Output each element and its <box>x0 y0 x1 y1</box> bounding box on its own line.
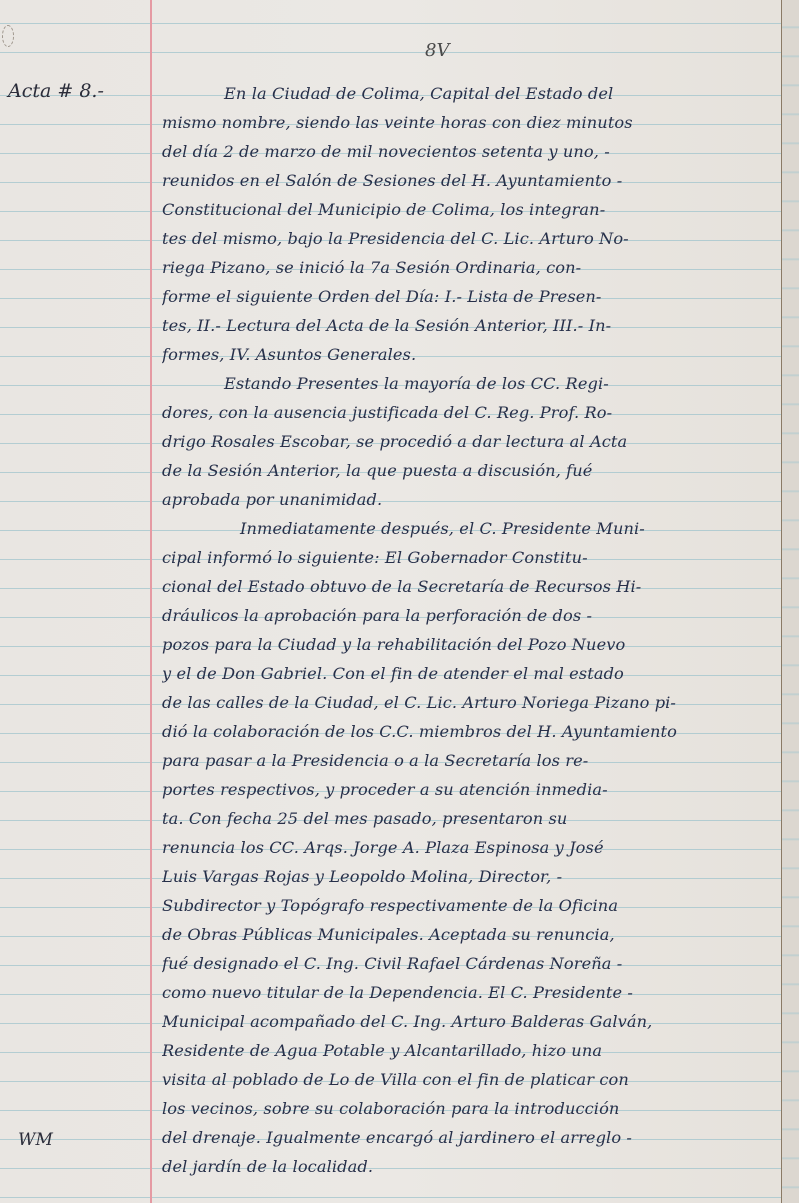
text-line: de las calles de la Ciudad, el C. Lic. A… <box>162 688 774 717</box>
text-line: como nuevo titular de la Dependencia. El… <box>162 978 774 1007</box>
text-line: y el de Don Gabriel. Con el fin de atend… <box>162 659 774 688</box>
text-line: mismo nombre, siendo las veinte horas co… <box>162 108 774 137</box>
text-line: formes, IV. Asuntos Generales. <box>162 340 774 369</box>
text-line: dores, con la ausencia justificada del C… <box>162 398 774 427</box>
text-line: dráulicos la aprobación para la perforac… <box>162 601 774 630</box>
text-line: para pasar a la Presidencia o a la Secre… <box>162 746 774 775</box>
text-line: Residente de Agua Potable y Alcantarilla… <box>162 1036 774 1065</box>
text-line: reunidos en el Salón de Sesiones del H. … <box>162 166 774 195</box>
text-line: de Obras Públicas Municipales. Aceptada … <box>162 920 774 949</box>
red-margin-line <box>150 0 152 1203</box>
act-number-heading: Acta # 8.- <box>8 80 104 102</box>
text-line: Constitucional del Municipio de Colima, … <box>162 195 774 224</box>
text-line: Luis Vargas Rojas y Leopoldo Molina, Dir… <box>162 862 774 891</box>
text-line: visita al poblado de Lo de Villa con el … <box>162 1065 774 1094</box>
next-page-edge <box>782 0 799 1203</box>
text-line: forme el siguiente Orden del Día: I.- Li… <box>162 282 774 311</box>
text-line: fué designado el C. Ing. Civil Rafael Cá… <box>162 949 774 978</box>
minutes-body: En la Ciudad de Colima, Capital del Esta… <box>162 79 774 1181</box>
text-line: del jardín de la localidad. <box>162 1152 774 1181</box>
text-line: de la Sesión Anterior, la que puesta a d… <box>162 456 774 485</box>
text-line: riega Pizano, se inició la 7a Sesión Ord… <box>162 253 774 282</box>
text-line: pozos para la Ciudad y la rehabilitación… <box>162 630 774 659</box>
binding-hole-icon <box>2 25 14 47</box>
text-line: del drenaje. Igualmente encargó al jardi… <box>162 1123 774 1152</box>
text-line: portes respectivos, y proceder a su aten… <box>162 775 774 804</box>
text-line: Subdirector y Topógrafo respectivamente … <box>162 891 774 920</box>
text-line: Estando Presentes la mayoría de los CC. … <box>162 369 774 398</box>
text-line: los vecinos, sobre su colaboración para … <box>162 1094 774 1123</box>
ledger-page: 8V Acta # 8.- WM En la Ciudad de Colima,… <box>0 0 782 1203</box>
text-line: ta. Con fecha 25 del mes pasado, present… <box>162 804 774 833</box>
text-line: En la Ciudad de Colima, Capital del Esta… <box>162 79 774 108</box>
text-line: Municipal acompañado del C. Ing. Arturo … <box>162 1007 774 1036</box>
text-line: aprobada por unanimidad. <box>162 485 774 514</box>
text-line: renuncia los CC. Arqs. Jorge A. Plaza Es… <box>162 833 774 862</box>
text-line: Inmediatamente después, el C. Presidente… <box>162 514 774 543</box>
text-line: drigo Rosales Escobar, se procedió a dar… <box>162 427 774 456</box>
text-line: dió la colaboración de los C.C. miembros… <box>162 717 774 746</box>
text-line: cional del Estado obtuvo de la Secretarí… <box>162 572 774 601</box>
margin-initials: WM <box>18 1130 53 1150</box>
text-line: cipal informó lo siguiente: El Gobernado… <box>162 543 774 572</box>
folio-number: 8V <box>425 40 449 61</box>
text-line: tes del mismo, bajo la Presidencia del C… <box>162 224 774 253</box>
text-line: tes, II.- Lectura del Acta de la Sesión … <box>162 311 774 340</box>
text-line: del día 2 de marzo de mil novecientos se… <box>162 137 774 166</box>
